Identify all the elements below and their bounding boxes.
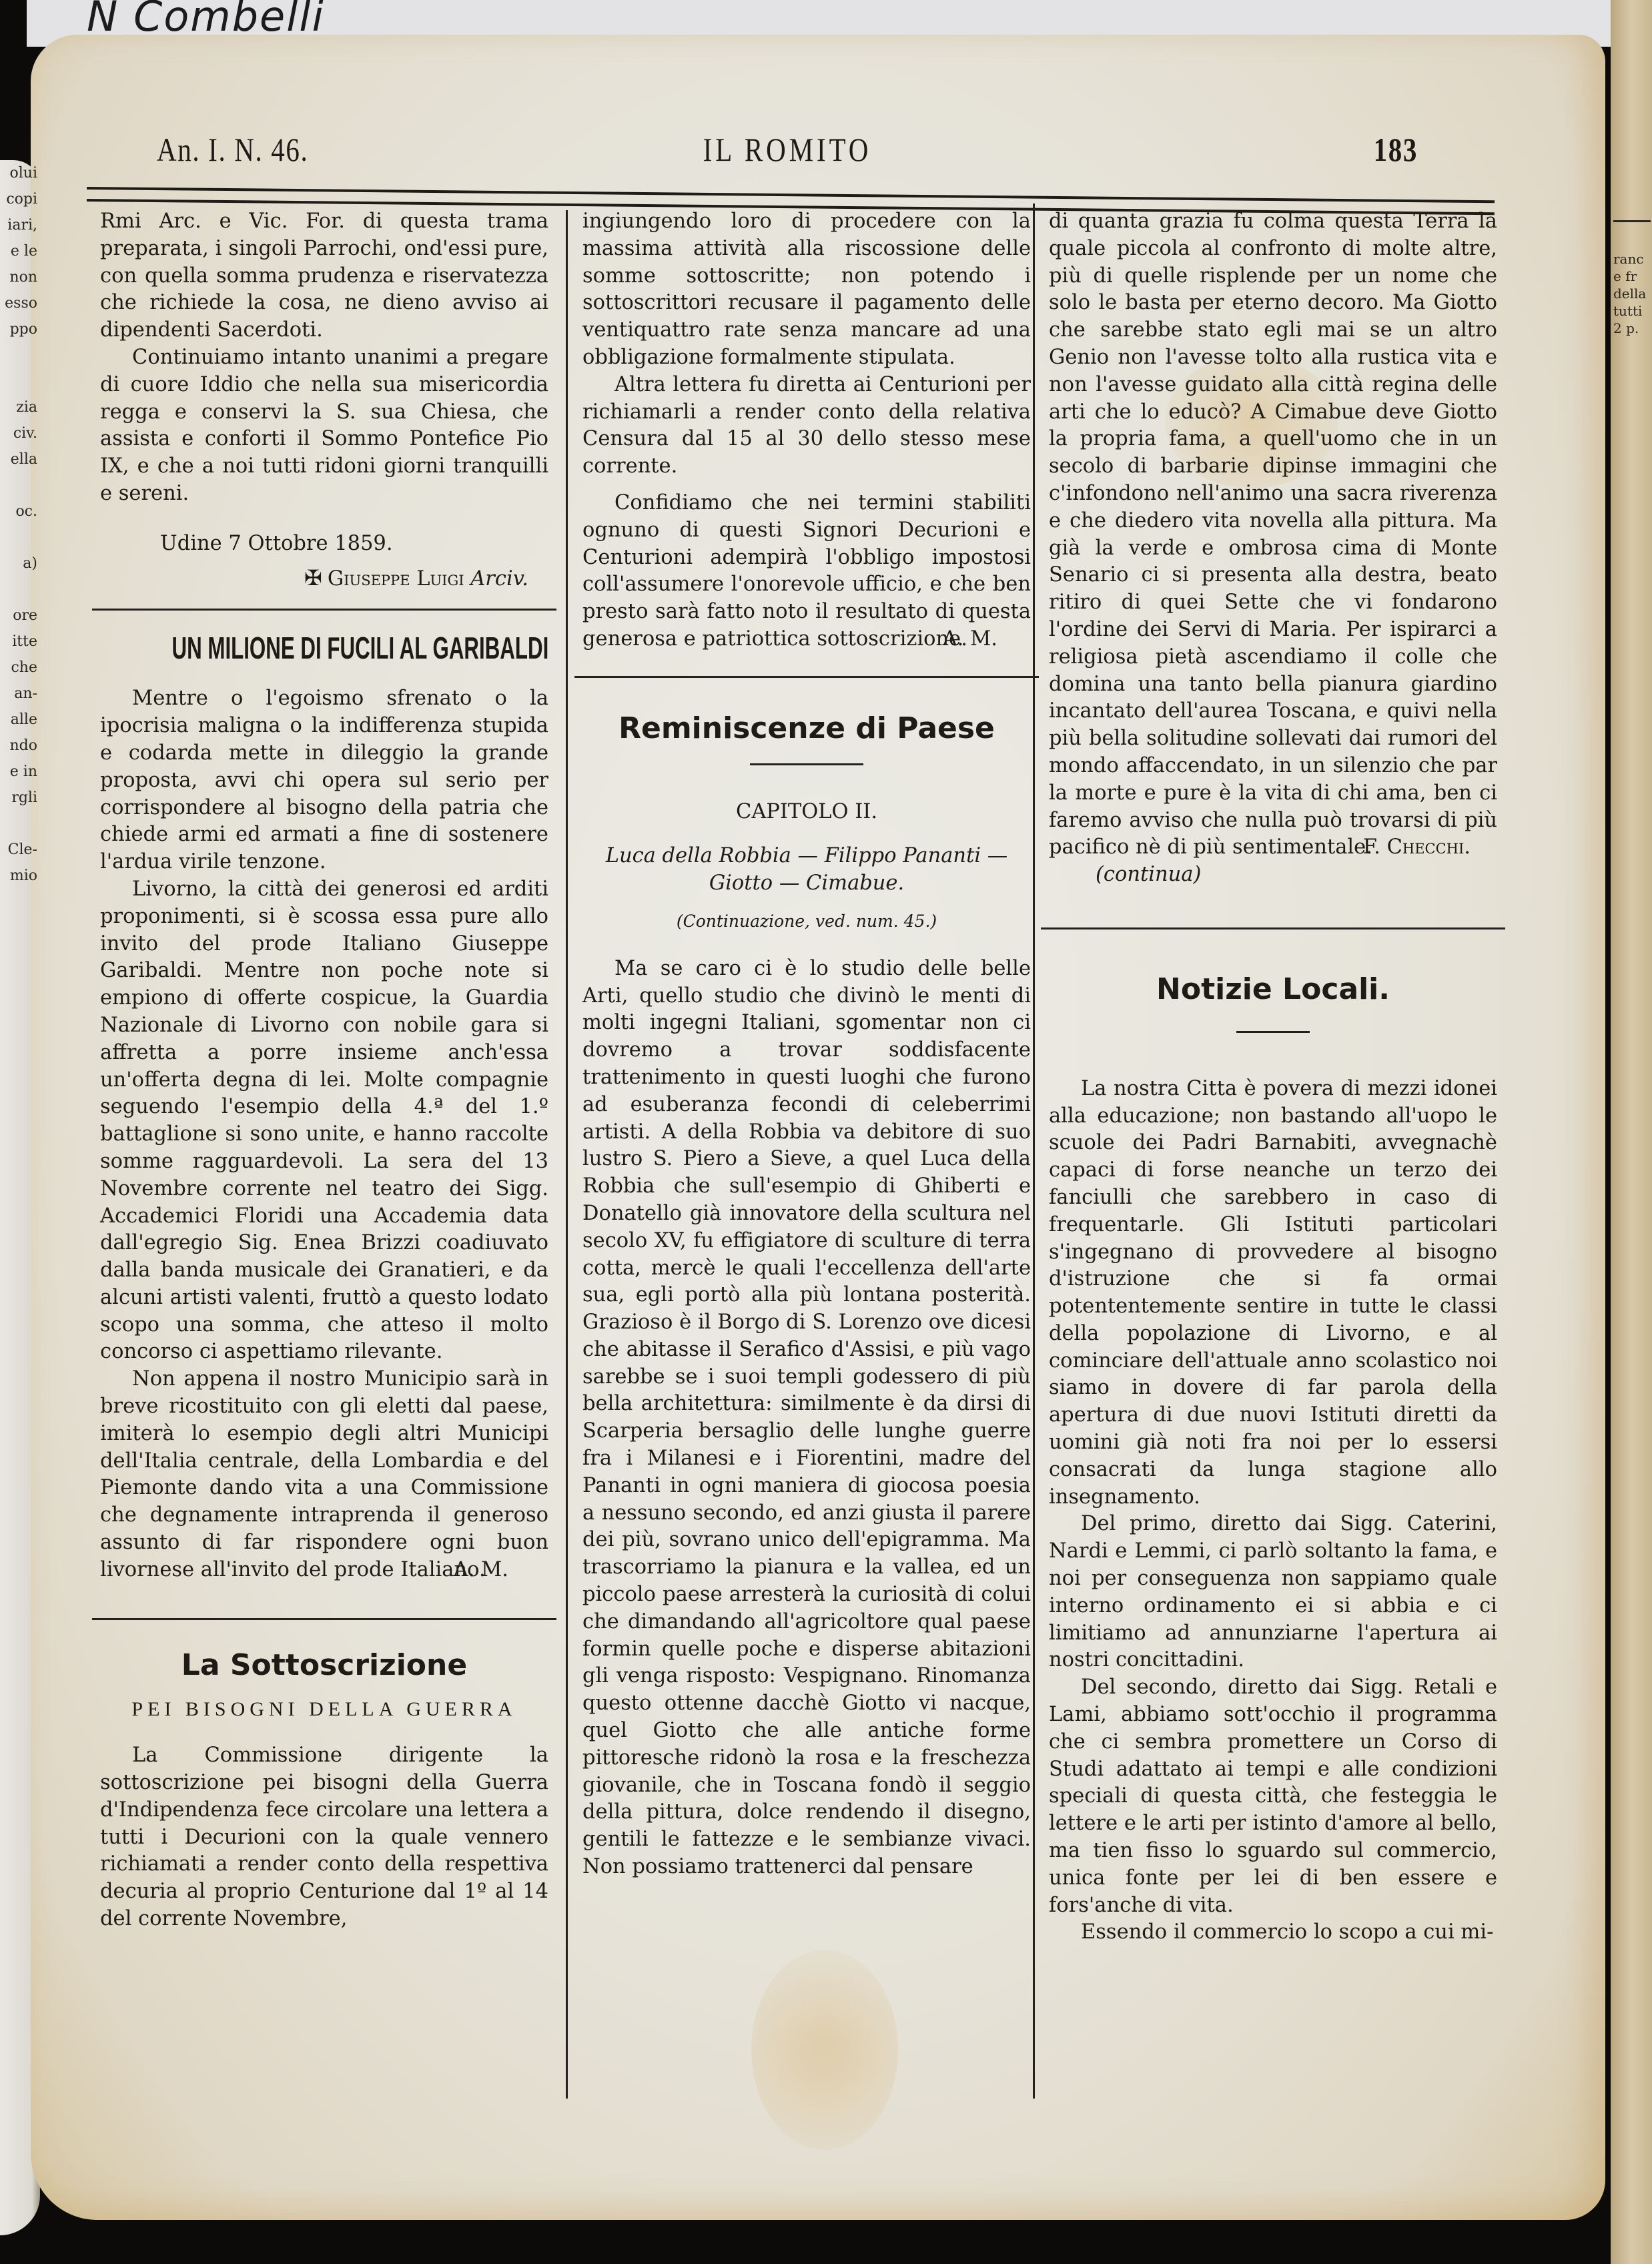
- fragment-line: ore: [0, 603, 37, 629]
- fragment-line: rgli: [0, 785, 37, 811]
- fragment-line: alle: [0, 707, 37, 733]
- fragment-line: che: [0, 655, 37, 681]
- left-page-text-fragment: oluicopiiari,e lenonessoppo ziaciv.ella …: [0, 160, 37, 889]
- fragment-line: [0, 524, 37, 550]
- newspaper-title: IL ROMITO: [703, 130, 872, 169]
- headline-fucili: UN MILIONE DI FUCILI AL GARIBALDI: [172, 628, 477, 668]
- fragment-line: Cle-: [0, 837, 37, 863]
- paragraph: Essendo il commercio lo scopo a cui mi-: [1049, 1919, 1497, 1946]
- paragraph: Non appena il nostro Municipio sarà in b…: [100, 1366, 548, 1583]
- divider: [1613, 220, 1651, 222]
- fragment-line: ella: [0, 446, 37, 472]
- headline-reminiscenze: Reminiscenze di Paese: [582, 710, 1031, 747]
- paragraph: Mentre o l'egoismo sfrenato o la ipocris…: [100, 685, 548, 876]
- paper-stain: [751, 1950, 898, 2150]
- paragraph: La nostra Citta è povera di mezzi idonei…: [1049, 1076, 1497, 1511]
- fragment-line: copi: [0, 186, 37, 212]
- paragraph: Rmi Arc. e Vic. For. di questa trama pre…: [100, 208, 548, 344]
- fragment-line: 2 p.: [1613, 320, 1651, 337]
- paragraph: Altra lettera fu diretta ai Centurioni p…: [582, 372, 1031, 480]
- fragment-line: non: [0, 264, 37, 290]
- paragraph: Del secondo, diretto dai Sigg. Retali e …: [1049, 1674, 1497, 1919]
- paragraph: ingiungendo loro di procedere con la mas…: [582, 208, 1031, 372]
- fragment-line: [0, 577, 37, 603]
- fragment-line: tutti: [1613, 302, 1651, 320]
- column-divider: [566, 210, 568, 2099]
- author-name: F. Checchi.: [1363, 835, 1471, 859]
- column-divider: [1033, 204, 1035, 2099]
- column-2: ingiungendo loro di procedere con la mas…: [582, 208, 1031, 1881]
- fragment-line: olui: [0, 160, 37, 186]
- chapter-subtitle: Luca della Robbia — Filippo Pananti —: [582, 843, 1031, 870]
- fragment-line: [0, 368, 37, 394]
- fragment-line: civ.: [0, 420, 37, 446]
- fragment-line: an-: [0, 681, 37, 707]
- fragment-line: [0, 472, 37, 498]
- fragment-line: [0, 811, 37, 837]
- paragraph: Del primo, diretto dai Sigg. Caterini, N…: [1049, 1511, 1497, 1674]
- cross-icon: ✠: [304, 565, 322, 591]
- masthead: An. I. N. 46. IL ROMITO 183: [157, 130, 1418, 177]
- paragraph: Ma se caro ci è lo studio delle belle Ar…: [582, 956, 1031, 1881]
- headline-notizie-locali: Notizie Locali.: [1049, 971, 1497, 1008]
- fragment-line: della: [1613, 285, 1651, 302]
- paragraph: Continuiamo intanto unanimi a pregare di…: [100, 344, 548, 508]
- column-3: di quanta grazia fu colma questa Terra l…: [1049, 208, 1497, 1946]
- dateline: Udine 7 Ottobre 1859.: [100, 530, 548, 558]
- paragraph: di quanta grazia fu colma questa Terra l…: [1049, 208, 1497, 861]
- column-1: Rmi Arc. e Vic. For. di questa trama pre…: [100, 208, 548, 1933]
- fragment-line: itte: [0, 629, 37, 655]
- fragment-line: a): [0, 550, 37, 577]
- continua-note: (continua): [1049, 861, 1497, 889]
- signature-title: Arciv.: [470, 567, 528, 591]
- fragment-line: zia: [0, 394, 37, 420]
- signature-name: Giuseppe Luigi: [328, 567, 464, 591]
- subheadline: PEI BISOGNI DELLA GUERRA: [100, 1696, 548, 1724]
- fragment-line: e in: [0, 759, 37, 785]
- page-number: 183: [1374, 130, 1418, 169]
- paragraph: Livorno, la città dei generosi ed arditi…: [100, 876, 548, 1366]
- fragment-line: e le: [0, 238, 37, 264]
- fragment-line: iari,: [0, 212, 37, 238]
- fragment-line: mio: [0, 863, 37, 889]
- paragraph: La Commissione dirigente la sottoscrizio…: [100, 1742, 548, 1933]
- fragment-line: oc.: [0, 498, 37, 524]
- fragment-line: esso: [0, 290, 37, 316]
- fragment-line: e fr: [1613, 268, 1651, 285]
- fragment-line: ndo: [0, 733, 37, 759]
- adjacent-right-page: [1611, 0, 1652, 2264]
- continuation-note: (Continuazione, ved. num. 45.): [582, 908, 1031, 935]
- fragment-line: ranc: [1613, 250, 1651, 268]
- chapter-subtitle: Giotto — Cimabue.: [582, 870, 1031, 897]
- signature-block: ✠Giuseppe Luigi Arciv.: [100, 564, 548, 593]
- chapter-heading: CAPITOLO II.: [582, 799, 1031, 826]
- fragment-line: ppo: [0, 316, 37, 342]
- headline-sottoscrizione: La Sottoscrizione: [100, 1647, 548, 1684]
- right-page-text-fragment: rance frdellatutti2 p.: [1613, 220, 1651, 337]
- issue-number: An. I. N. 46.: [157, 130, 308, 169]
- fragment-line: [0, 342, 37, 368]
